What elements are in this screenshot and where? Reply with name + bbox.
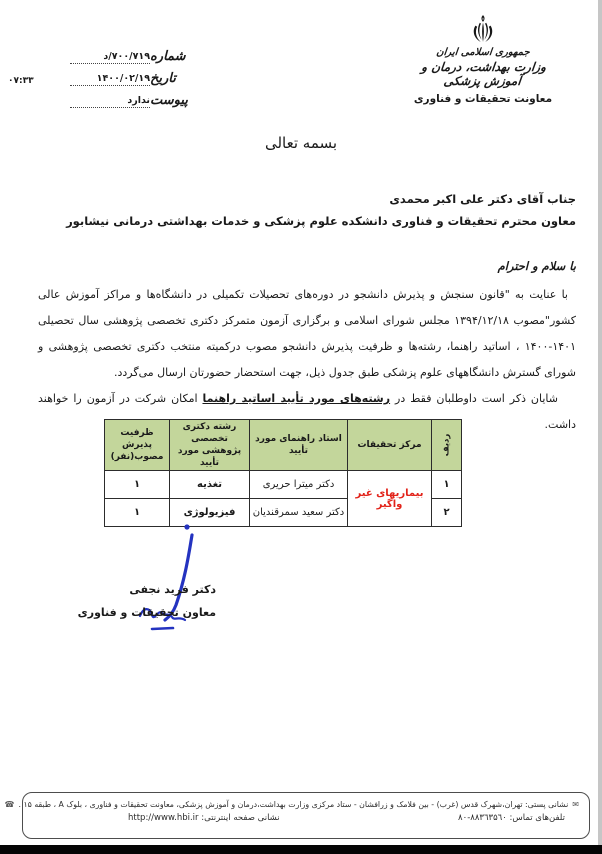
letterhead-country: جمهوری اسلامی ایران: [401, 47, 564, 58]
cell-supervisor: دکتر سعید سمرقندیان: [250, 499, 348, 527]
header-row-number-label: ردیف: [440, 434, 452, 457]
besmellah-heading: بسمه تعالی: [0, 134, 602, 152]
cell-row-index: ۲: [432, 499, 462, 527]
scanned-letter-page: { "meta": { "time": "۰۷:۳۳", "number_lab…: [0, 0, 602, 854]
letterhead-ministry: وزارت بهداشت، درمان و آموزش پزشکی: [401, 60, 566, 88]
letter-date-value: ۱۴۰۰/۰۲/۱۹: [70, 73, 150, 86]
footer-contact-line: تلفن‌های تماس: ۸۸۳٦۳۵٦۰-۸۰ نشانی صفحه ای…: [23, 813, 589, 827]
salutation: با سلام و احترام: [498, 259, 576, 273]
cell-capacity: ۱: [105, 471, 170, 499]
signatory-block: دکتر فرید نجفی معاون تحقیقات و فناوری: [78, 578, 216, 624]
letterhead: جمهوری اسلامی ایران وزارت بهداشت، درمان …: [402, 14, 564, 105]
header-supervisor: استاد راهنمای مورد تأیید: [250, 420, 348, 471]
table-header-row: ردیف مرکز تحقیقات استاد راهنمای مورد تأی…: [105, 420, 462, 471]
envelope-icon: ✉: [572, 800, 579, 809]
table-row: ۱ بیماریهای غیر واگیر دکتر میترا حریری ت…: [105, 471, 462, 499]
letter-attachment-value: ندارد: [70, 95, 150, 108]
paragraph2-prefix: شایان ذکر است داوطلبان فقط در: [390, 392, 558, 405]
footer-address: نشانی پستی: تهران،شهرک قدس (غرب) - بین ف…: [15, 800, 573, 809]
cell-field: تغذیه: [170, 471, 250, 499]
phone-icon: ☎: [5, 800, 15, 809]
letter-number-label: شماره: [150, 50, 194, 64]
letterhead-department: معاونت تحقیقات و فناوری: [402, 93, 564, 105]
footer-address-line: ✉ نشانی پستی: تهران،شهرک قدس (غرب) - بین…: [23, 800, 589, 809]
paragraph2-emphasis: رشته‌های مورد تأیید اساتید راهنما: [202, 392, 390, 405]
header-field: رشته دکتری تخصصی پژوهشی مورد تأیید: [170, 420, 250, 471]
recipient-block: جناب آقای دکتر علی اکبر محمدی معاون محتر…: [66, 188, 576, 232]
recipient-title: معاون محترم تحقیقات و فناوری دانشکده علو…: [66, 210, 576, 232]
bottom-scan-bar: [0, 845, 602, 854]
footer-phones: تلفن‌های تماس: ۸۸۳٦۳۵٦۰-۸۰: [458, 813, 565, 823]
letter-number-value: د/۷۰۰/۷۱۹: [70, 51, 150, 64]
letter-meta-block: شماره د/۷۰۰/۷۱۹ تاریخ ۱۴۰۰/۰۲/۱۹ پیوست ن…: [70, 44, 194, 110]
signatory-name: دکتر فرید نجفی: [78, 578, 216, 601]
body-paragraph-1: با عنایت به "قانون سنجش و پذیرش دانشجو د…: [38, 282, 576, 386]
header-capacity: ظرفیت پذیرش مصوب(نفر): [105, 420, 170, 471]
letter-attachment-label: پیوست: [150, 94, 194, 108]
recipient-name: جناب آقای دکتر علی اکبر محمدی: [66, 188, 576, 210]
letter-attachment-row: پیوست ندارد: [70, 88, 194, 108]
scan-time: ۰۷:۳۳: [8, 76, 34, 86]
footer-website: نشانی صفحه اینترنتی: http://www.hbi.ir: [128, 813, 280, 823]
cell-row-index: ۱: [432, 471, 462, 499]
letter-body: با عنایت به "قانون سنجش و پذیرش دانشجو د…: [38, 282, 576, 438]
footer-box: ✉ نشانی پستی: تهران،شهرک قدس (غرب) - بین…: [22, 792, 590, 839]
iran-emblem-icon: [402, 14, 564, 46]
page-edge-shadow: [598, 0, 602, 845]
letter-number-row: شماره د/۷۰۰/۷۱۹: [70, 44, 194, 64]
header-row-number: ردیف: [432, 420, 462, 471]
signatory-title: معاون تحقیقات و فناوری: [78, 601, 216, 624]
header-research-center: مرکز تحقیقات: [348, 420, 432, 471]
cell-supervisor: دکتر میترا حریری: [250, 471, 348, 499]
cell-research-center: بیماریهای غیر واگیر: [348, 471, 432, 527]
letter-date-label: تاریخ: [150, 72, 194, 86]
letter-date-row: تاریخ ۱۴۰۰/۰۲/۱۹: [70, 66, 194, 86]
